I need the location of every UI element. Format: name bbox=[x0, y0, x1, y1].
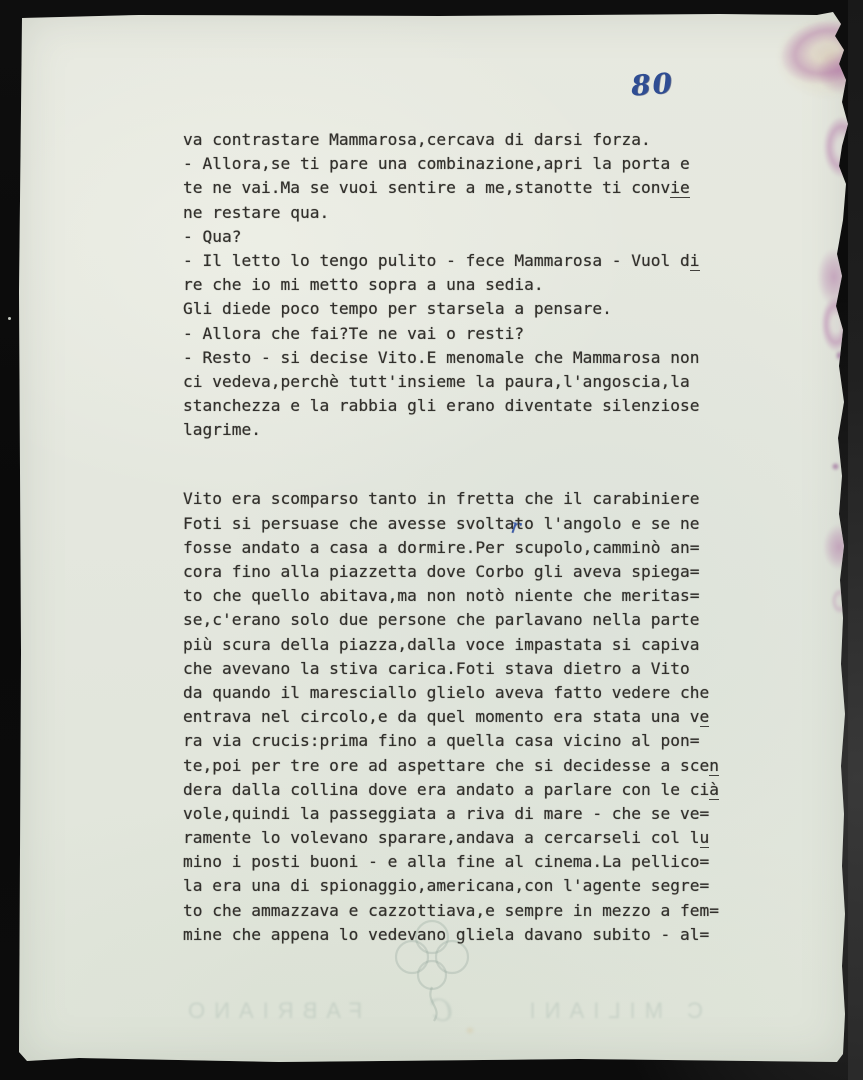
text-segment: ie bbox=[670, 178, 690, 198]
text-segment: Gli diede poco tempo per starsela a pens… bbox=[183, 299, 612, 318]
text-segment: più scura della piazza,dalla voce impast… bbox=[183, 635, 700, 654]
text-segment: entrava nel circolo,e da quel momento er… bbox=[183, 707, 700, 726]
watermark-maker-name: C MILIANI bbox=[521, 998, 703, 1024]
text-line: te ne vai.Ma se vuoi sentire a me,stanot… bbox=[183, 176, 753, 200]
text-line: Gli diede poco tempo per starsela a pens… bbox=[183, 297, 753, 321]
text-segment: lagrime. bbox=[183, 420, 261, 439]
text-line: più scura della piazza,dalla voce impast… bbox=[183, 633, 753, 657]
text-line: ci vedeva,perchè tutt'insieme la paura,l… bbox=[183, 370, 753, 394]
text-segment: cora fino alla piazzetta dove Corbo gli … bbox=[183, 562, 700, 581]
text-line: stanchezza e la rabbia gli erano diventa… bbox=[183, 394, 753, 418]
text-line: da quando il maresciallo glielo aveva fa… bbox=[183, 681, 753, 705]
text-segment: n bbox=[709, 756, 719, 776]
text-segment: re che io mi metto sopra a una sedia. bbox=[183, 275, 544, 294]
text-line: fosse andato a casa a dormire.Per scupol… bbox=[183, 536, 753, 560]
text-line: la era una di spionaggio,americana,con l… bbox=[183, 874, 753, 898]
text-segment: dera dalla collina dove era andato a par… bbox=[183, 780, 709, 799]
text-segment: da quando il maresciallo glielo aveva fa… bbox=[183, 683, 709, 702]
ink-speck bbox=[835, 350, 844, 361]
text-segment: fosse andato a casa a dormire.Per scupol… bbox=[183, 538, 700, 557]
ink-stain bbox=[821, 296, 851, 352]
typewritten-text: va contrastare Mammarosa,cercava di dars… bbox=[183, 128, 753, 992]
text-segment: mine che appena lo vedevano gliela davan… bbox=[183, 925, 709, 944]
text-line: vole,quindi la passeggiata a riva di mar… bbox=[183, 802, 753, 826]
ink-stain bbox=[817, 248, 851, 306]
text-segment: u bbox=[700, 828, 710, 848]
text-line: Vito era scomparso tanto in fretta che i… bbox=[183, 487, 753, 511]
text-segment: te,poi per tre ore ad aspettare che si d… bbox=[183, 756, 709, 775]
text-line: - Il letto lo tengo pulito - fece Mammar… bbox=[183, 249, 753, 273]
text-line: mine che appena lo vedevano gliela davan… bbox=[183, 923, 753, 947]
text-segment: to che quello abitava,ma non notò niente… bbox=[183, 586, 700, 605]
text-segment: vole,quindi la passeggiata a riva di mar… bbox=[183, 804, 709, 823]
text-line: - Qua? bbox=[183, 225, 753, 249]
manuscript-page: C MILIANI C FABRIANO 80 r va contrastare… bbox=[19, 12, 848, 1063]
text-line: - Resto - si decise Vito.E menomale che … bbox=[183, 346, 753, 370]
text-segment: e bbox=[700, 707, 710, 727]
text-segment: - Qua? bbox=[183, 227, 241, 246]
text-line: entrava nel circolo,e da quel momento er… bbox=[183, 705, 753, 729]
text-line: to che quello abitava,ma non notò niente… bbox=[183, 584, 753, 608]
text-segment: la era una di spionaggio,americana,con l… bbox=[183, 876, 709, 895]
watermark-maker-city: FABRIANO bbox=[179, 998, 362, 1024]
text-segment: che avevano la stiva carica.Foti stava d… bbox=[183, 659, 690, 678]
text-line: re che io mi metto sopra a una sedia. bbox=[183, 273, 753, 297]
text-segment: - Allora che fai?Te ne vai o resti? bbox=[183, 324, 524, 343]
text-segment: ne restare qua. bbox=[183, 203, 329, 222]
text-segment: - Resto - si decise Vito.E menomale che … bbox=[183, 348, 700, 367]
text-segment: Vito era scomparso tanto in fretta che i… bbox=[183, 489, 700, 508]
text-line: to che ammazzava e cazzottiava,e sempre … bbox=[183, 899, 753, 923]
text-line: - Allora,se ti pare una combinazione,apr… bbox=[183, 152, 753, 176]
text-line: se,c'erano solo due persone che parlavan… bbox=[183, 608, 753, 632]
handwritten-page-number: 80 bbox=[630, 67, 675, 103]
text-segment: - Allora,se ti pare una combinazione,apr… bbox=[183, 154, 690, 173]
text-segment: ci vedeva,perchè tutt'insieme la paura,l… bbox=[183, 372, 690, 391]
document-scan: C MILIANI C FABRIANO 80 r va contrastare… bbox=[0, 0, 863, 1080]
text-segment: stanchezza e la rabbia gli erano diventa… bbox=[183, 396, 700, 415]
text-segment: mino i posti buoni - e alla fine al cine… bbox=[183, 852, 709, 871]
text-line: Foti si persuase che avesse svoltato l'a… bbox=[183, 512, 753, 536]
paragraph-narrative: Vito era scomparso tanto in fretta che i… bbox=[183, 487, 753, 947]
text-line: che avevano la stiva carica.Foti stava d… bbox=[183, 657, 753, 681]
text-segment: ra via crucis:prima fino a quella casa v… bbox=[183, 731, 700, 750]
text-segment: à bbox=[709, 780, 719, 800]
age-speck bbox=[465, 1026, 475, 1035]
text-line: ra via crucis:prima fino a quella casa v… bbox=[183, 729, 753, 753]
watermark-maker-text: C MILIANI C FABRIANO bbox=[179, 995, 703, 1027]
text-line: mino i posti buoni - e alla fine al cine… bbox=[183, 850, 753, 874]
text-line: ramente lo volevano sparare,andava a cer… bbox=[183, 826, 753, 850]
text-line: va contrastare Mammarosa,cercava di dars… bbox=[183, 128, 753, 152]
text-segment: se,c'erano solo due persone che parlavan… bbox=[183, 610, 700, 629]
text-line: dera dalla collina dove era andato a par… bbox=[183, 778, 753, 802]
text-line: lagrime. bbox=[183, 418, 753, 442]
text-line: te,poi per tre ore ad aspettare che si d… bbox=[183, 754, 753, 778]
dust-speck bbox=[8, 317, 11, 320]
text-segment: - Il letto lo tengo pulito - fece Mammar… bbox=[183, 251, 690, 270]
text-segment: va contrastare Mammarosa,cercava di dars… bbox=[183, 130, 651, 149]
paragraph-dialogue: va contrastare Mammarosa,cercava di dars… bbox=[183, 128, 753, 442]
watermark-center-initial: C bbox=[430, 994, 453, 1029]
text-segment: Foti si persuase che avesse svoltato l'a… bbox=[183, 514, 700, 533]
ink-stain bbox=[831, 588, 849, 614]
ink-speck bbox=[831, 462, 840, 471]
scanner-backdrop-glow bbox=[848, 0, 863, 1080]
text-segment: i bbox=[690, 251, 700, 271]
text-line: cora fino alla piazzetta dove Corbo gli … bbox=[183, 560, 753, 584]
text-segment: te ne vai.Ma se vuoi sentire a me,stanot… bbox=[183, 178, 670, 197]
text-segment: to che ammazzava e cazzottiava,e sempre … bbox=[183, 901, 719, 920]
text-segment: ramente lo volevano sparare,andava a cer… bbox=[183, 828, 700, 847]
text-line: ne restare qua. bbox=[183, 201, 753, 225]
text-line: - Allora che fai?Te ne vai o resti? bbox=[183, 322, 753, 346]
